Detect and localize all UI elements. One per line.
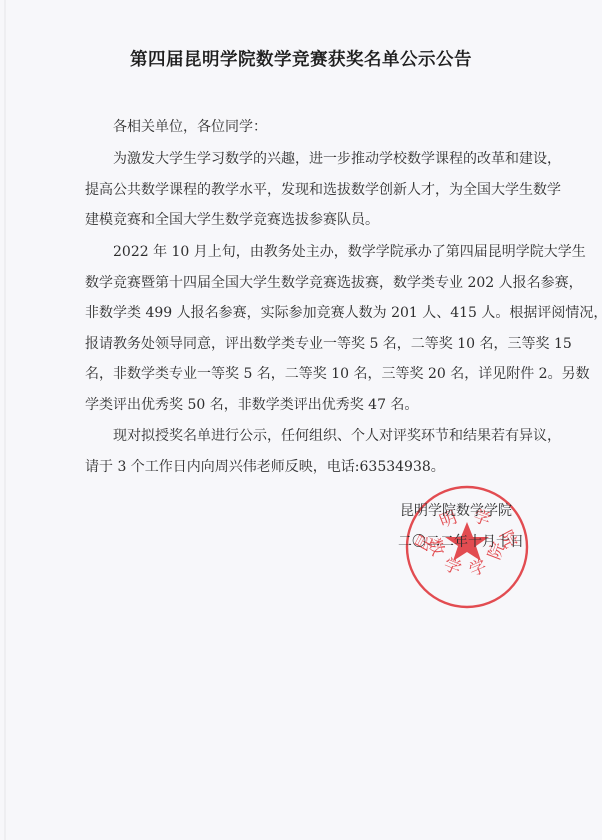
signature-date: 二〇二二年十月十日 (398, 531, 524, 551)
document-page: 第四届昆明学院数学竞赛获奖名单公示公告 各相关单位，各位同学： 为激发大学生学习… (0, 0, 602, 840)
document-title: 第四届昆明学院数学竞赛获奖名单公示公告 (0, 46, 602, 71)
paragraph-results: 2022 年 10 月上旬，由教务处主办，数学学院承办了第四届昆明学院大学生 数… (85, 237, 563, 421)
signature-organization: 昆明学院数学学院 (400, 500, 512, 520)
paragraph-line: 现对拟授奖名单进行公示，任何组织、个人对评奖环节和结果若有异议， (85, 421, 563, 452)
paragraph-line: 非数学类 499 人报名参赛，实际参加竞赛人数为 201 人、415 人。根据评… (85, 298, 563, 329)
paragraph-line: 名，非数学类专业一等奖 5 名，二等奖 10 名，三等奖 20 名，详见附件 2… (85, 359, 563, 390)
paragraph-line: 报请教务处领导同意，评出数学类专业一等奖 5 名，二等奖 10 名，三等奖 15 (85, 329, 563, 360)
paragraph-line: 建模竞赛和全国大学生数学竞赛选拔参赛队员。 (85, 205, 563, 236)
paragraph-purpose: 为激发大学生学习数学的兴趣，进一步推动学校数学课程的改革和建设， 提高公共数学课… (85, 144, 563, 236)
page-edge (4, 0, 6, 840)
paragraph-line: 2022 年 10 月上旬，由教务处主办，数学学院承办了第四届昆明学院大学生 (85, 237, 563, 268)
paragraph-line: 提高公共数学课程的教学水平，发现和选拔数学创新人才，为全国大学生数学 (85, 175, 563, 206)
paragraph-line: 请于 3 个工作日内向周兴伟老师反映，电话:63534938。 (85, 452, 563, 483)
greeting: 各相关单位，各位同学： (113, 116, 267, 136)
paragraph-line: 数学竞赛暨第十四届全国大学生数学竞赛选拔赛，数学类专业 202 人报名参赛， (85, 268, 563, 299)
paragraph-objection: 现对拟授奖名单进行公示，任何组织、个人对评奖环节和结果若有异议， 请于 3 个工… (85, 421, 563, 482)
paragraph-line: 为激发大学生学习数学的兴趣，进一步推动学校数学课程的改革和建设， (85, 144, 563, 175)
paragraph-line: 学类评出优秀奖 50 名，非数学类评出优秀奖 47 名。 (85, 390, 563, 421)
